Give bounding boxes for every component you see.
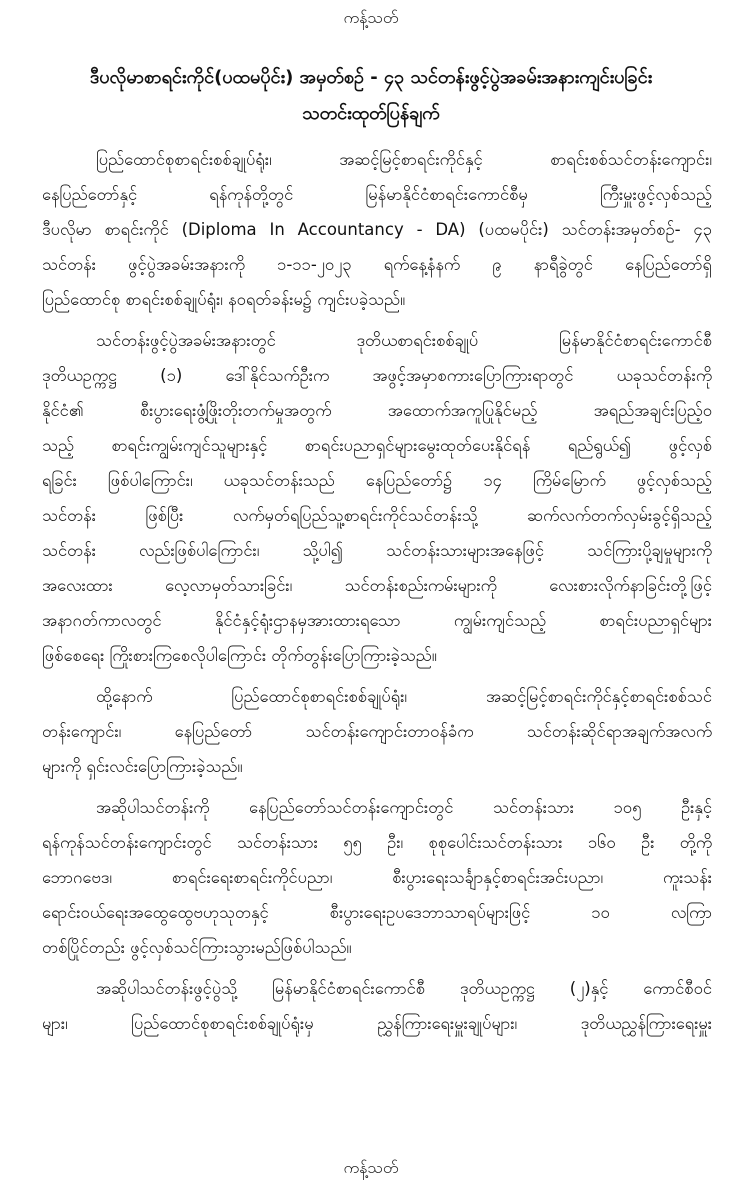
document-page: ကန့်သတ် ဒီပလိုမာစာရင်းကိုင်(ပထမပိုင်း) အ… — [0, 0, 742, 1200]
text-line: တစ်ပြိုင်တည်း ဖွင့်လှစ်သင်ကြားသွားမည်ဖြစ… — [42, 930, 712, 965]
document-title: ဒီပလိုမာစာရင်းကိုင်(ပထမပိုင်း) အမှတ်စဉ် … — [0, 60, 742, 132]
text-line: ဘောဂဗေဒ၊ စာရင်းရေးစာရင်းကိုင်ပညာ၊ စီးပွာ… — [42, 860, 712, 895]
classification-header: ကန့်သတ် — [0, 8, 742, 28]
text-line: အဆိုပါသင်တန်းကို နေပြည်တော်သင်တန်းကျောင်… — [42, 790, 712, 825]
paragraph-1: ပြည်ထောင်စုစာရင်းစစ်ချုပ်ရုံး၊ အဆင့်မြင့… — [42, 142, 712, 317]
paragraph-4: အဆိုပါသင်တန်းကို နေပြည်တော်သင်တန်းကျောင်… — [42, 790, 712, 965]
text-line: ရန်ကုန်သင်တန်းကျောင်းတွင် သင်တန်းသား ၅၅ … — [42, 825, 712, 860]
text-line: ထို့နောက် ပြည်ထောင်စုစာရင်းစစ်ချုပ်ရုံး၊… — [42, 679, 712, 714]
text-line: သင်တန်း လည်းဖြစ်ပါကြောင်း၊ သို့ပါ၍ သင်တန… — [42, 533, 712, 568]
text-line: ဒုတိယဥက္ကဋ္ဌ (၁) ဒေါ်နိုင်သက်ဦးက အဖွင့်အ… — [42, 358, 712, 393]
text-line: အလေးထား လေ့လာမှတ်သားခြင်း၊ သင်တန်းစည်းကမ… — [42, 568, 712, 603]
title-line-1: ဒီပလိုမာစာရင်းကိုင်(ပထမပိုင်း) အမှတ်စဉ် … — [0, 60, 742, 96]
text-line: အနာဂတ်ကာလတွင် နိုင်ငံနှင့်ရုံးဌာနမှအားထာ… — [42, 603, 712, 638]
text-line: တန်းကျောင်း၊ နေပြည်တော် သင်တန်းကျောင်းတာ… — [42, 714, 712, 749]
title-line-2: သတင်းထုတ်ပြန်ချက် — [0, 96, 742, 132]
text-line: ဖြစ်စေရေး ကြိုးစားကြစေလိုပါကြောင်း တိုက်… — [42, 638, 712, 673]
text-line: အဆိုပါသင်တန်းဖွင့်ပွဲသို့ မြန်မာနိုင်ငံစ… — [42, 971, 712, 1006]
text-line: ရောင်းဝယ်ရေးအထွေထွေဗဟုသုတနှင့် စီးပွားရေ… — [42, 895, 712, 930]
text-line: ဒီပလိုမာ စာရင်းကိုင် (Diploma In Account… — [42, 212, 712, 247]
text-line: သင်တန်းဖွင့်ပွဲအခမ်းအနားတွင် ဒုတိယစာရင်း… — [42, 323, 712, 358]
text-line: များ၊ ပြည်ထောင်စုစာရင်းစစ်ချုပ်ရုံးမှ ညွ… — [42, 1006, 712, 1041]
text-line: ပြည်ထောင်စု စာရင်းစစ်ချုပ်ရုံး၊ နဝရတ်ခန်… — [42, 282, 712, 317]
text-line: သင်တန်း ဖြစ်ပြီး လက်မှတ်ရပြည်သူ့စာရင်းကိ… — [42, 498, 712, 533]
text-line: နိုင်ငံ၏ စီးပွားရေးဖွံ့ဖြိုးတိုးတက်မှုအတ… — [42, 393, 712, 428]
document-body: ပြည်ထောင်စုစာရင်းစစ်ချုပ်ရုံး၊ အဆင့်မြင့… — [42, 142, 712, 1047]
paragraph-5: အဆိုပါသင်တန်းဖွင့်ပွဲသို့ မြန်မာနိုင်ငံစ… — [42, 971, 712, 1041]
text-line: ရခြင်း ဖြစ်ပါကြောင်း၊ ယခုသင်တန်းသည် နေပြ… — [42, 463, 712, 498]
classification-footer: ကန့်သတ် — [0, 1158, 742, 1178]
paragraph-2: သင်တန်းဖွင့်ပွဲအခမ်းအနားတွင် ဒုတိယစာရင်း… — [42, 323, 712, 673]
paragraph-3: ထို့နောက် ပြည်ထောင်စုစာရင်းစစ်ချုပ်ရုံး၊… — [42, 679, 712, 784]
text-line: သည့် စာရင်းကျွမ်းကျင်သူများနှင့် စာရင်းပ… — [42, 428, 712, 463]
text-line: သင်တန်း ဖွင့်ပွဲအခမ်းအနားကို ၁-၁၁-၂၀၂၃ ရ… — [42, 247, 712, 282]
text-line: နေပြည်တော်နှင့် ရန်ကုန်တို့တွင် မြန်မာနိ… — [42, 177, 712, 212]
text-line: များကို ရှင်းလင်းပြောကြားခဲ့သည်။ — [42, 749, 712, 784]
text-line: ပြည်ထောင်စုစာရင်းစစ်ချုပ်ရုံး၊ အဆင့်မြင့… — [42, 142, 712, 177]
